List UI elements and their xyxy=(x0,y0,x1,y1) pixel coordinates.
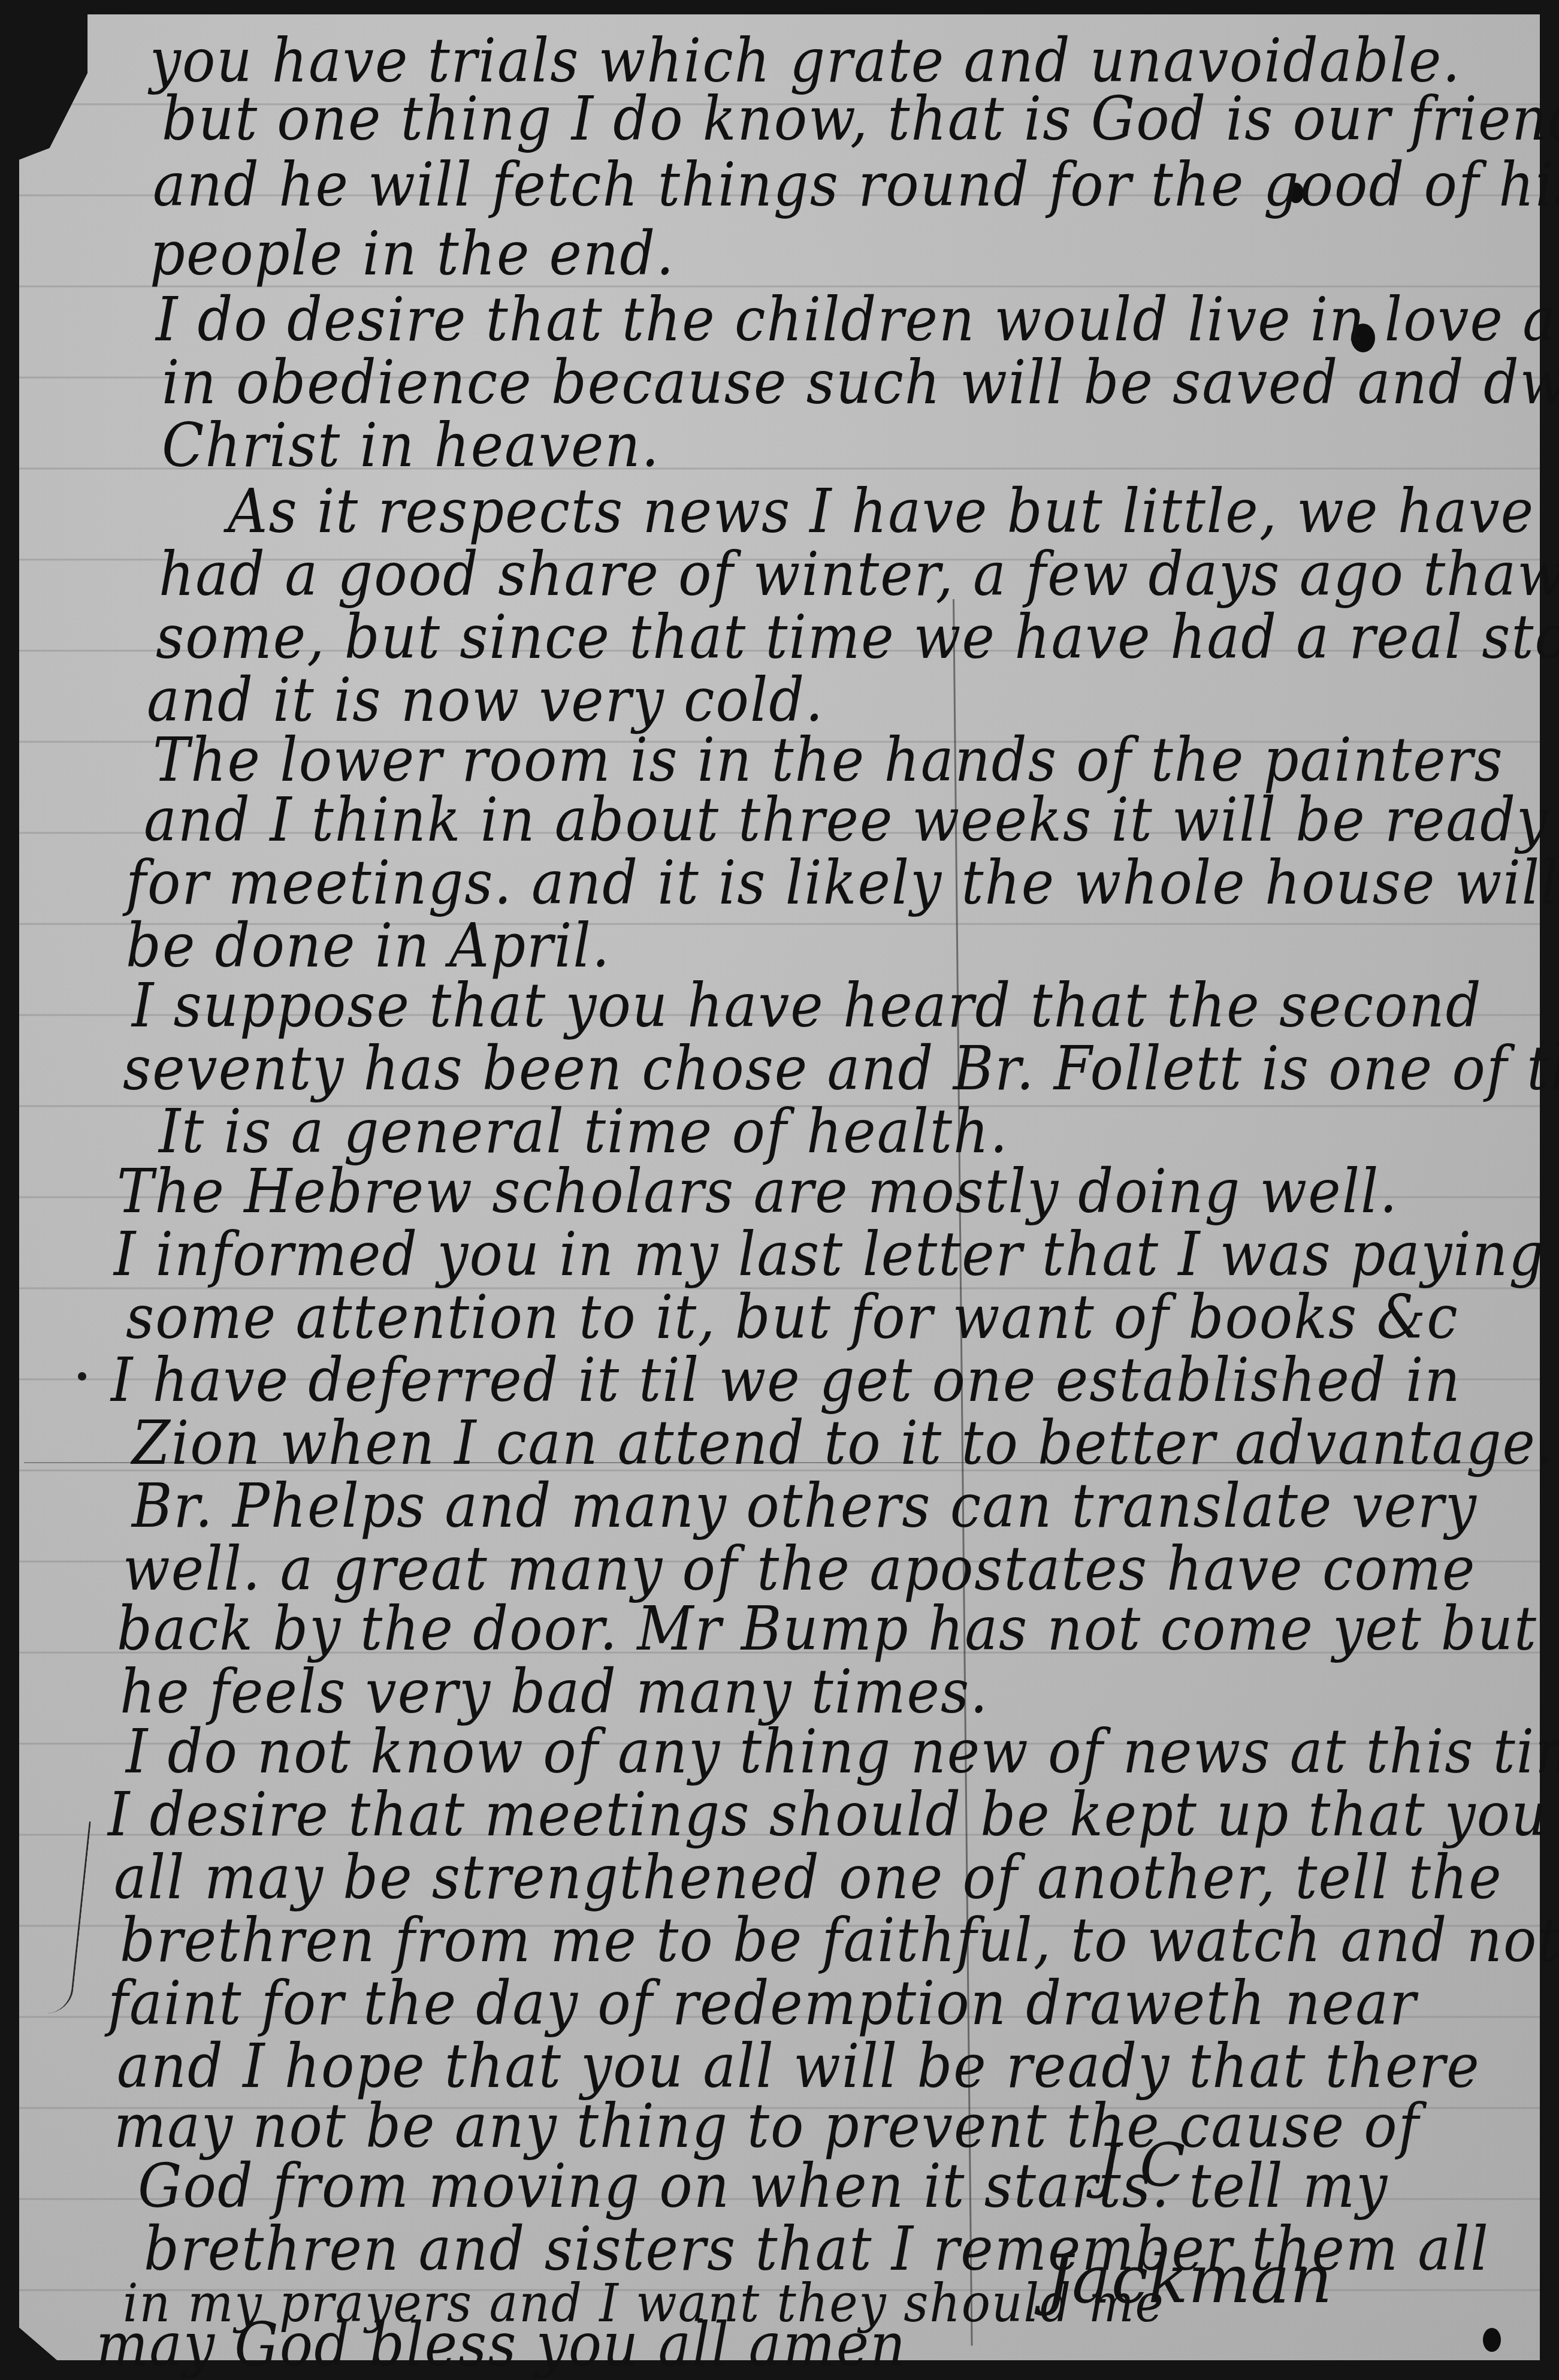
letter-line: may God bless you all amen xyxy=(96,2306,907,2380)
letter-line: and he will fetch things round for the g… xyxy=(153,146,1559,225)
signature-initials: J C xyxy=(1096,2130,1185,2200)
signature-name: Jackman xyxy=(1046,2241,1333,2318)
letter-text: you have trials which grate and unavoida… xyxy=(0,0,1559,2380)
